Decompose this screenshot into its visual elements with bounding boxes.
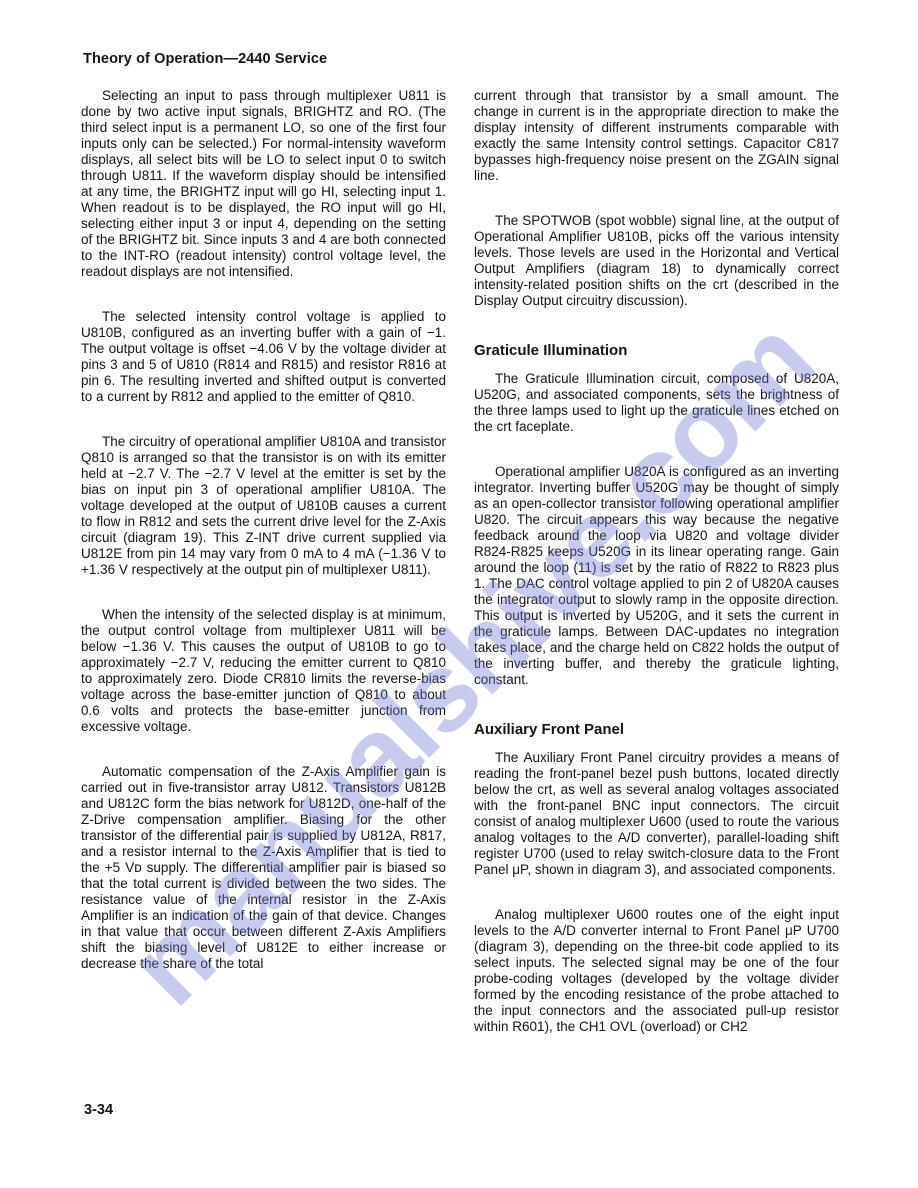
paragraph-u810a-circuitry: The circuitry of operational amplifier U…: [81, 434, 446, 578]
paragraph-continuation: current through that transistor by a sma…: [474, 88, 839, 184]
paragraph-auxiliary-multiplexer: Analog multiplexer U600 routes one of th…: [474, 907, 839, 1035]
paragraph-automatic-compensation: Automatic compensation of the Z-Axis Amp…: [81, 764, 446, 972]
document-page: Theory of Operation—2440 Service Selecti…: [0, 0, 918, 1188]
paragraph-graticule-circuit: The Graticule Illumination circuit, comp…: [474, 371, 839, 435]
section-heading-auxiliary-front-panel: Auxiliary Front Panel: [474, 721, 839, 738]
left-column: Selecting an input to pass through multi…: [81, 88, 446, 1064]
paragraph-intensity-control: The selected intensity control voltage i…: [81, 309, 446, 405]
paragraph-mux-select: Selecting an input to pass through multi…: [81, 88, 446, 280]
paragraph-spotwob: The SPOTWOB (spot wobble) signal line, a…: [474, 213, 839, 309]
page-header-title: Theory of Operation—2440 Service: [83, 51, 327, 67]
page-number: 3-34: [84, 1102, 113, 1118]
paragraph-graticule-integrator: Operational amplifier U820A is configure…: [474, 464, 839, 688]
section-heading-graticule-illumination: Graticule Illumination: [474, 342, 839, 359]
paragraph-auxiliary-overview: The Auxiliary Front Panel circuitry prov…: [474, 750, 839, 878]
paragraph-minimum-intensity: When the intensity of the selected displ…: [81, 607, 446, 735]
two-column-text-area: Selecting an input to pass through multi…: [81, 88, 839, 1064]
right-column: current through that transistor by a sma…: [474, 88, 839, 1064]
